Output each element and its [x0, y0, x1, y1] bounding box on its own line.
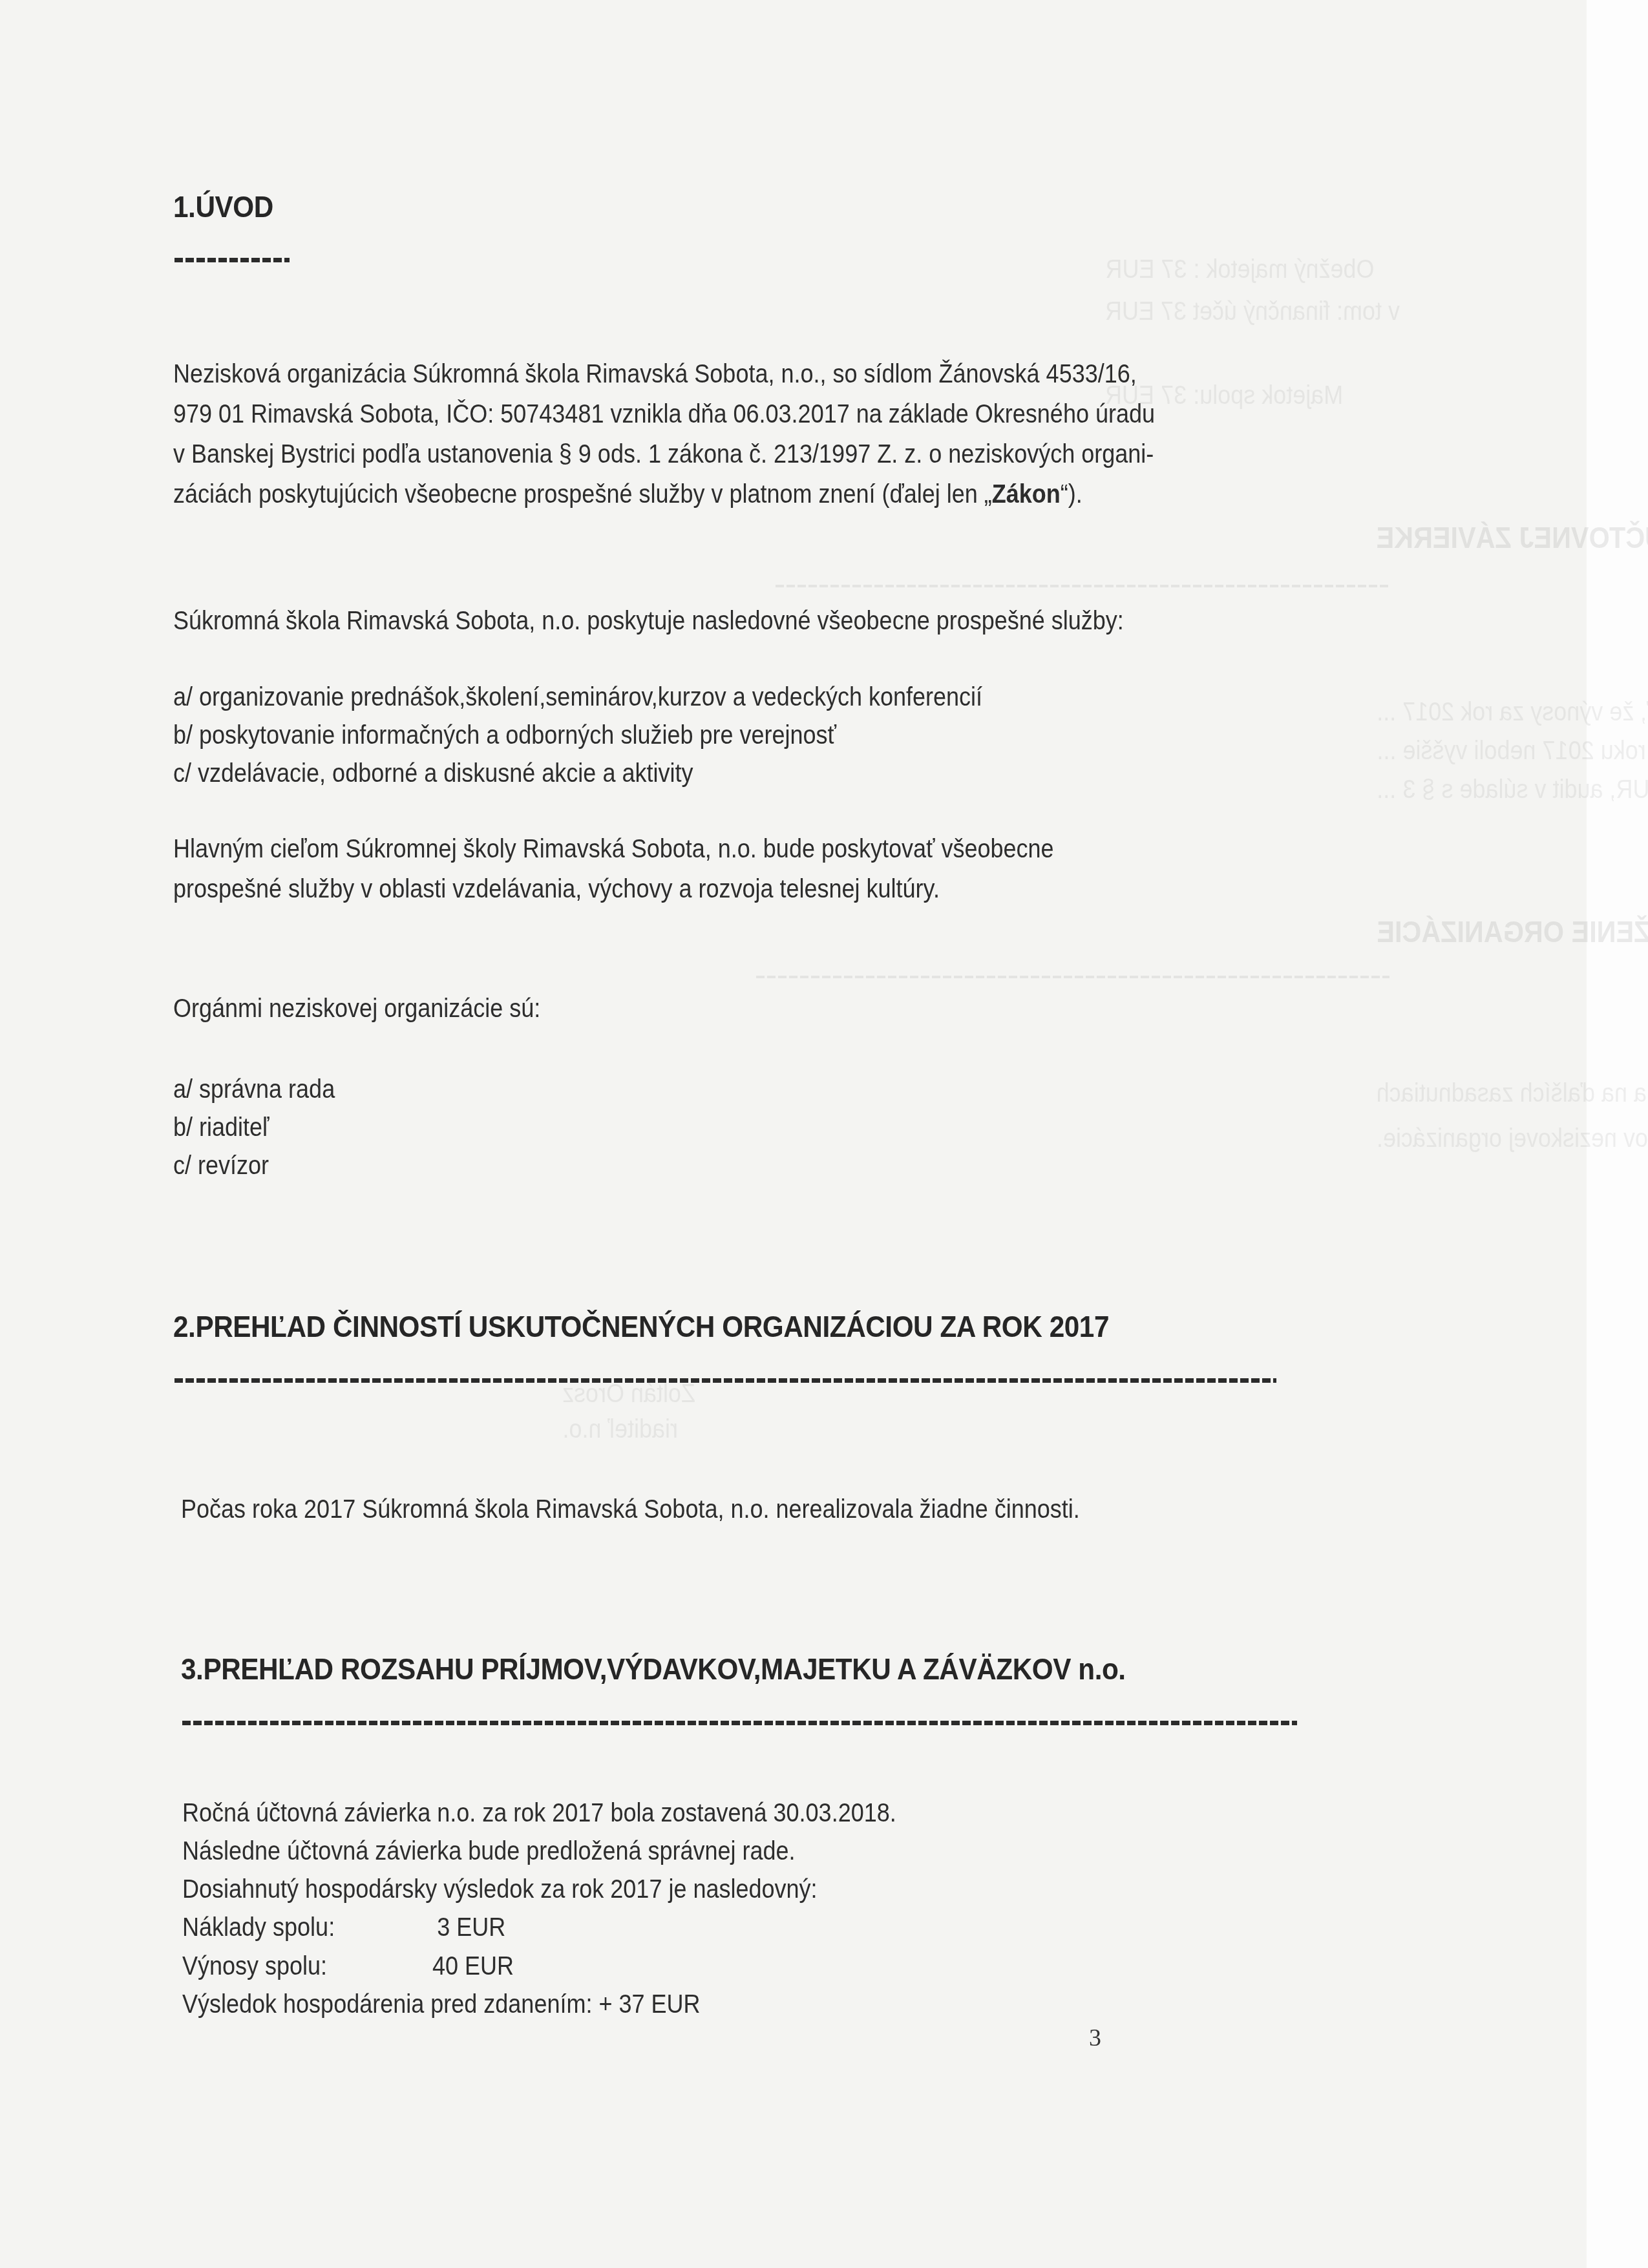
- activities-text: Počas roka 2017 Súkromná škola Rimavská …: [181, 1489, 1080, 1529]
- organs-intro: Orgánmi neziskovej organizácie sú:: [173, 989, 540, 1029]
- result-label: Výsledok hospodárenia pred zdanením:: [182, 1990, 598, 2019]
- bleed-through-rule: [776, 585, 1389, 587]
- goal-line: prospešné služby v oblasti vzdelávania, …: [173, 869, 1054, 909]
- section-heading-finance: 3.PREHĽAD ROZSAHU PRÍJMOV,VÝDAVKOV,MAJET…: [181, 1651, 1126, 1686]
- intro-line: Nezisková organizácia Súkromná škola Rim…: [173, 354, 1155, 394]
- organs-list-item: c/ revízor: [173, 1146, 335, 1184]
- services-list-item: b/ poskytovanie informačných a odborných…: [173, 715, 982, 753]
- bleed-through-line: v štatúte ani zložení orgánov neziskovej…: [1377, 1124, 1648, 1153]
- costs-label: Náklady spolu:: [182, 1913, 335, 1942]
- bleed-through-line: Zoltán Orosz: [562, 1380, 695, 1409]
- revenue-row: Výnosy spolu: 40 EUR: [182, 1946, 327, 1986]
- finance-line: Dosiahnutý hospodársky výsledok za rok 2…: [182, 1869, 896, 1907]
- finance-paragraph: Ročná účtovná závierka n.o. za rok 2017 …: [182, 1793, 896, 1907]
- section-rule: [174, 258, 290, 262]
- law-defined-term: Zákon: [992, 480, 1061, 509]
- services-list: a/ organizovanie prednášok,školení,semin…: [173, 677, 982, 792]
- organs-list-item: a/ správna rada: [173, 1069, 335, 1108]
- section-rule: [182, 1721, 1297, 1725]
- bleed-through-line: v tom: finančný účet 37 EUR: [1105, 297, 1400, 326]
- page-number: 3: [1089, 2024, 1101, 2052]
- goal-line: Hlavným cieľom Súkromnej školy Rimavská …: [173, 829, 1054, 869]
- costs-value: 3 EUR: [437, 1907, 505, 1948]
- services-intro: Súkromná škola Rimavská Sobota, n.o. pos…: [173, 601, 1124, 641]
- bleed-through-heading: 5.ZMENY A NOVÉ ZLOŽENIE ORGANIZÁCIE: [1377, 914, 1648, 949]
- intro-line-last: záciách poskytujúcich všeobecne prospešn…: [173, 474, 1155, 514]
- revenue-label: Výnosy spolu:: [182, 1952, 327, 1980]
- bleed-through-rule: [756, 976, 1389, 978]
- intro-line: 979 01 Rimavská Sobota, IČO: 50743481 vz…: [173, 394, 1155, 434]
- finance-line: Následne účtovná závierka bude predložen…: [182, 1831, 896, 1869]
- organs-list: a/ správna rada b/ riaditeľ c/ revízor: [173, 1069, 335, 1184]
- intro-paragraph: Nezisková organizácia Súkromná škola Rim…: [173, 354, 1155, 514]
- organs-list-item: b/ riaditeľ: [173, 1108, 335, 1146]
- bleed-through-line: Vzhľadom na skutočnosť, že výnosy za rok…: [1377, 698, 1648, 727]
- services-list-item: a/ organizovanie prednášok,školení,semin…: [173, 677, 982, 715]
- bleed-through-line: vyššie ako 165 969 EUR, audit v súlade s…: [1377, 775, 1648, 804]
- bleed-through-line: Obežný majetok : 37 EUR: [1105, 255, 1374, 284]
- bleed-through-line: Správna rada Súkromnej školy Rimavská So…: [1377, 1079, 1648, 1108]
- bleed-through-heading: 4.VÝROK AUDÍTORA K ROČNEJ ÚČTOVNEJ ZÁVIE…: [1377, 520, 1648, 555]
- section-rule: [174, 1378, 1276, 1383]
- intro-line: v Banskej Bystrici podľa ustanovenia § 9…: [173, 434, 1155, 474]
- section-heading-intro: 1.ÚVOD: [173, 189, 273, 224]
- section-heading-activities: 2.PREHĽAD ČINNOSTÍ USKUTOČNENÝCH ORGANIZ…: [173, 1308, 1109, 1344]
- costs-row: Náklady spolu: 3 EUR: [182, 1907, 335, 1948]
- services-list-item: c/ vzdelávacie, odborné a diskusné akcie…: [173, 753, 982, 792]
- bleed-through-line: a z rozpočtu obce v roku 2017 neboli vyš…: [1377, 737, 1648, 766]
- revenue-value: 40 EUR: [432, 1946, 514, 1986]
- goal-paragraph: Hlavným cieľom Súkromnej školy Rimavská …: [173, 829, 1054, 909]
- result-row: Výsledok hospodárenia pred zdanením: + 3…: [182, 1984, 700, 2024]
- bleed-through-line: riaditeľ n.o.: [562, 1415, 678, 1444]
- result-value: + 37 EUR: [598, 1990, 700, 2019]
- finance-line: Ročná účtovná závierka n.o. za rok 2017 …: [182, 1793, 896, 1831]
